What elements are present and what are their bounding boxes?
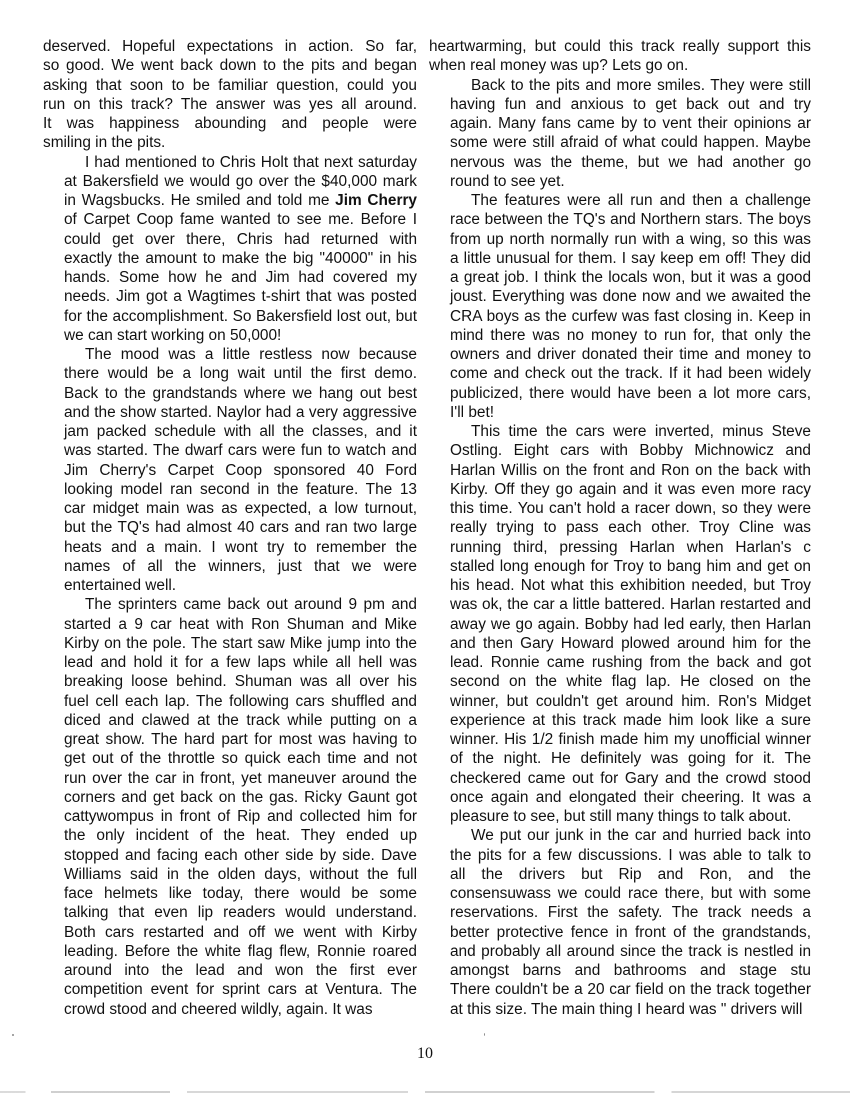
scan-speck [484,1033,485,1036]
text-line: running third, pressing Harlan when Harl… [429,538,811,557]
text-line: come and check out the track. If it had … [429,364,811,383]
text-line: The features were all run and then a cha… [429,191,811,210]
text-line: competition event for sprint cars at Ven… [43,980,417,999]
text-line: all the drivers but Rip and Ron, and the [429,865,811,884]
text-line: round to see yet. [429,172,811,191]
text-line: and the show started. Naylor had a very … [43,403,417,422]
text-line: so good. We went back down to the pits a… [43,56,417,75]
text-line: Back to the grandstands where we hang ou… [43,384,417,403]
text-line: started a 9 car heat with Ron Shuman and… [43,615,417,634]
text-line: was ok, the car a little battered. Harla… [429,595,811,614]
text-line: and probably all around since the track … [429,942,811,961]
text-line: It was happiness abounding and people we… [43,114,417,133]
text-line: Harlan Willis on the front and Ron on th… [429,461,811,480]
right-column: heartwarming, but could this track reall… [429,37,811,1019]
paragraph: heartwarming, but could this track reall… [429,37,811,76]
text-line: at this size. The main thing I heard was… [429,1000,811,1019]
text-line: once again and elongated their cheering.… [429,788,811,807]
text-line: The sprinters came back out around 9 pm … [43,595,417,614]
text-line: fuel cell each lap. The following cars s… [43,692,417,711]
text-line: stopped and facing each other side by si… [43,846,417,865]
text-line: the pits for a few discussions. I was ab… [429,846,811,865]
paragraph: This time the cars were inverted, minus … [429,422,811,826]
text-line: breaking loose behind. Shuman was all ov… [43,672,417,691]
text-line: when real money was up? Lets go on. [429,56,811,75]
text-line: heats and a main. I wont try to remember… [43,538,417,557]
text-line: looking model ran second in the feature.… [43,480,417,499]
text-line: for the accomplishment. So Bakersfield l… [43,307,417,326]
text-line: race between the TQ's and Northern stars… [429,210,811,229]
text-line: I'll bet! [429,403,811,422]
text-line: consensuwass we could race there, but wi… [429,884,811,903]
text-line: exactly the amount to make the big "4000… [43,249,417,268]
paragraph: The features were all run and then a cha… [429,191,811,422]
text-line: I had mentioned to Chris Holt that next … [43,153,417,172]
text-line: There couldn't be a 20 car field on the … [429,980,811,999]
text-line: jam packed schedule with all the classes… [43,422,417,441]
text-line: smiling in the pits. [43,133,417,152]
text-line: his head. Not what this exhibition neede… [429,576,811,595]
text-line: We put our junk in the car and hurried b… [429,826,811,845]
text-line: cattywompus in front of Rip and collecte… [43,807,417,826]
text-line: This time the cars were inverted, minus … [429,422,811,441]
text-line: asking that soon to be familiar question… [43,76,417,95]
text-line: CRA boys as the curfew was fast closing … [429,307,811,326]
text-line: Ostling. Eight cars with Bobby Michnowic… [429,441,811,460]
text-line: in Wagsbucks. He smiled and told me Jim … [43,191,417,210]
text-line: and then Gary Howard plowed around him f… [429,634,811,653]
text-line: this time. You can't hold a racer down, … [429,499,811,518]
text-line: there would be a long wait until the fir… [43,364,417,383]
bold-name: Jim Cherry [335,192,417,209]
text-line: Kirby. Off they go again and it was even… [429,480,811,499]
text-line: crowd stood and cheered wildly, again. I… [43,1000,417,1019]
text-line: mind there was no money to run for, that… [429,326,811,345]
text-line: Both cars restarted and off we went with… [43,923,417,942]
text-line: publicized, there would have been a lot … [429,384,811,403]
text-line: lead and hold it for a few laps while al… [43,653,417,672]
text-line: heartwarming, but could this track reall… [429,37,811,56]
text-line: needs. Jim got a Wagtimes t-shirt that w… [43,287,417,306]
paragraph: We put our junk in the car and hurried b… [429,826,811,1019]
text-line: The mood was a little restless now becau… [43,345,417,364]
text-line: from up north normally run with a wing, … [429,230,811,249]
text-line: winner, but couldn't get around him. Ron… [429,692,811,711]
text-line: experience at this track made him look l… [429,711,811,730]
text-line: better protective fence in front of the … [429,923,811,942]
text-line: but the TQ's had almost 40 cars and ran … [43,518,417,537]
text-line: stalled long enough for Troy to bang him… [429,557,811,576]
text-line: Williams said in the olden days, without… [43,865,417,884]
text-line: at Bakersfield we would go over the $40,… [43,172,417,191]
left-column: deserved. Hopeful expectations in action… [43,37,417,1019]
paragraph: I had mentioned to Chris Holt that next … [43,153,417,346]
text-line: nervous was the theme, but we had anothe… [429,153,811,172]
document-page: deserved. Hopeful expectations in action… [0,0,850,1100]
text-line: owners and driver donated their time and… [429,345,811,364]
text-line: Back to the pits and more smiles. They w… [429,76,811,95]
text-line: leading. Before the white flag flew, Ron… [43,942,417,961]
paragraph: The mood was a little restless now becau… [43,345,417,595]
text-line: car midget main was as expected, a low t… [43,499,417,518]
text-line: run on this track? The answer was yes al… [43,95,417,114]
text-line: names of all the winners, just that we w… [43,557,417,576]
text-line: again. Many fans came by to vent their o… [429,114,811,133]
text-line: winner. His 1/2 finish made him my unoff… [429,730,811,749]
text-line: the only incident of the heat. They ende… [43,826,417,845]
text-line: some were still afraid of what could hap… [429,133,811,152]
text-line: run over the car in front, yet maneuver … [43,769,417,788]
text-line: amongst barns and bathrooms and stage st… [429,961,811,980]
text-line: could get over there, Chris had returned… [43,230,417,249]
text-line: a great job. I think the locals won, but… [429,268,811,287]
text-line: joust. Everything was done now and we aw… [429,287,811,306]
text-line: of the night. He definitely was going fo… [429,749,811,768]
text-line: a little unusual for them. I say keep em… [429,249,811,268]
text-line: deserved. Hopeful expectations in action… [43,37,417,56]
text-line: diced and clawed at the track while putt… [43,711,417,730]
text-line: hands. Some how he and Jim had covered m… [43,268,417,287]
text-line: entertained well. [43,576,417,595]
text-line: talking that even lip readers would unde… [43,903,417,922]
text-line: Jim Cherry's Carpet Coop sponsored 40 Fo… [43,461,417,480]
text-line: second on the white flag lap. He closed … [429,672,811,691]
text-line: we can start working on 50,000! [43,326,417,345]
text-line: reservations. First the safety. The trac… [429,903,811,922]
text-line: of Carpet Coop fame wanted to see me. Be… [43,210,417,229]
text-line: corners and get back on the gas. Ricky G… [43,788,417,807]
text-line: around into the lead and won the first e… [43,961,417,980]
text-line: pleasure to see, but still many things t… [429,807,811,826]
paragraph: deserved. Hopeful expectations in action… [43,37,417,153]
text-line: really trying to pass each other. Troy C… [429,518,811,537]
scan-speck [12,1034,14,1036]
text-line: away we go again. Bobby had led early, t… [429,615,811,634]
text-line: great show. The hard part for most was h… [43,730,417,749]
text-line: Kirby on the pole. The start saw Mike ju… [43,634,417,653]
text-line: was started. The dwarf cars were fun to … [43,441,417,460]
text-line: checkered came out for Gary and the crow… [429,769,811,788]
text-line: having fun and anxious to get back out a… [429,95,811,114]
text-line: get out of the throttle so quick each ti… [43,749,417,768]
text-line: lead. Ronnie came rushing from the back … [429,653,811,672]
scan-bottom-edge [0,1091,850,1093]
paragraph: Back to the pits and more smiles. They w… [429,76,811,192]
paragraph: The sprinters came back out around 9 pm … [43,595,417,1019]
page-number: 10 [0,1045,850,1063]
text-line: face helmets like today, there would be … [43,884,417,903]
